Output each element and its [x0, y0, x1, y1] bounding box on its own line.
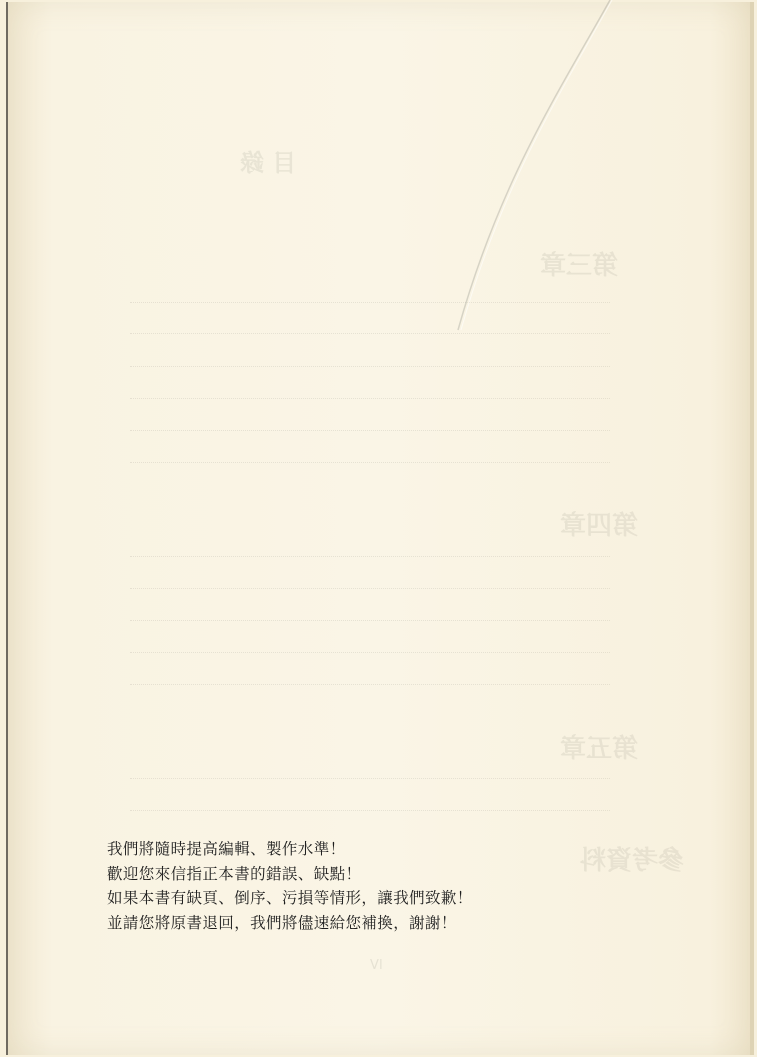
- page-edge: [750, 2, 754, 1055]
- bleed-chapter: 參考資料: [580, 840, 684, 877]
- publisher-notice: 我們將隨時提高編輯、製作水準！ 歡迎您來信指正本書的錯誤、缺點！ 如果本書有缺頁…: [107, 837, 473, 935]
- bleed-folio: IV: [370, 958, 383, 973]
- bleed-rule: [130, 620, 610, 622]
- bleed-rule: [130, 398, 610, 400]
- notice-line: 並請您將原書退回，我們將儘速給您補換，謝謝！: [107, 911, 473, 936]
- bleed-rule: [130, 810, 610, 812]
- notice-line: 我們將隨時提高編輯、製作水準！: [107, 837, 473, 862]
- bleed-chapter: 第四章: [560, 505, 638, 542]
- bleed-rule: [130, 366, 610, 368]
- bleed-chapter: 第五章: [560, 728, 638, 765]
- bleed-rule: [130, 302, 610, 304]
- bleed-chapter: 第三章: [540, 245, 618, 282]
- bleed-rule: [130, 588, 610, 590]
- notice-line: 如果本書有缺頁、倒序、污損等情形，讓我們致歉！: [107, 886, 473, 911]
- bleed-rule: [130, 556, 610, 558]
- bleed-title: 目 錄: [240, 143, 296, 178]
- bleed-rule: [130, 778, 610, 780]
- bleed-rule: [130, 333, 610, 335]
- notice-line: 歡迎您來信指正本書的錯誤、缺點！: [107, 862, 473, 887]
- bleed-rule: [130, 652, 610, 654]
- bleed-rule: [130, 430, 610, 432]
- bleed-rule: [130, 462, 610, 464]
- bleed-rule: [130, 684, 610, 686]
